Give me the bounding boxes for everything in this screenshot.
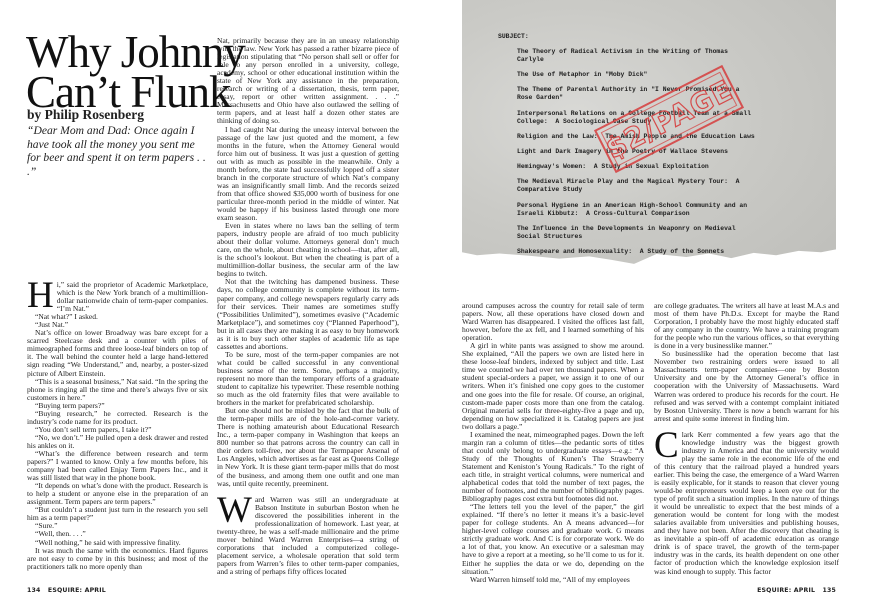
typed-subject-sheet-photo: SUBJECT: The Theory of Radical Activism … xyxy=(462,0,836,290)
page-number: 134 xyxy=(27,587,41,594)
magazine-issue: ESQUIRE: APRIL xyxy=(48,587,106,594)
drop-cap: C xyxy=(654,432,679,460)
paragraph: i,” said the proprietor of Academic Mark… xyxy=(27,281,208,313)
paragraph: are college graduates. The writers all h… xyxy=(654,302,839,350)
section-paragraph: W ard Warren was still an undergraduate … xyxy=(217,496,399,576)
typed-subject-list: SUBJECT: The Theory of Radical Activism … xyxy=(517,33,837,278)
paragraph: around campuses across the country for r… xyxy=(462,302,644,342)
left-page: Why Johnny Can’t Flunk by Philip Rosenbe… xyxy=(0,0,436,600)
paragraph: But one should not be misled by the fact… xyxy=(217,407,399,487)
paragraph: Ward Warren himself told me, “All of my … xyxy=(462,576,644,584)
page-number: 135 xyxy=(822,587,836,594)
left-page-column-2: Nat, primarily because they are in an un… xyxy=(217,37,399,576)
subject-item: Shakespeare and Homosexuality: A Study o… xyxy=(517,248,837,256)
paragraph: I examined the neat, mimeographed pages.… xyxy=(462,431,644,503)
drop-cap: W xyxy=(217,497,252,525)
pull-quote: “Dear Mom and Dad: Once again I have too… xyxy=(27,124,207,178)
left-page-column-1: H i,” said the proprietor of Academic Ma… xyxy=(27,281,208,571)
paragraph: “But couldn’t a student just turn in the… xyxy=(27,506,208,522)
right-page-column-2: are college graduates. The writers all h… xyxy=(654,302,839,576)
section-text: lark Kerr commented a few years ago that… xyxy=(654,430,839,576)
paragraph: It was much the same with the economics.… xyxy=(27,547,208,571)
paragraph: “The letters tell you the level of the p… xyxy=(462,503,644,575)
paragraph: Nat’s office on lower Broadway was bare … xyxy=(27,329,208,377)
paragraph: So businesslike had the operation become… xyxy=(654,350,839,422)
subject-item: Personal Hygiene in an American High-Sch… xyxy=(517,202,837,218)
paragraph: “No, we don’t.” He pulled open a desk dr… xyxy=(27,434,208,450)
subject-item: Light and Dark Imagery in the Poetry of … xyxy=(517,148,837,156)
paragraph: Nat, primarily because they are in an un… xyxy=(217,37,399,126)
subject-item: The Influence in the Developments in Wea… xyxy=(517,225,837,241)
page-folio-right: ESQUIRE: APRIL 135 xyxy=(757,587,836,594)
magazine-issue: ESQUIRE: APRIL xyxy=(757,587,815,594)
paragraph: Not that the twitching has dampened busi… xyxy=(217,278,399,350)
paragraph: Even in states where no laws ban the sel… xyxy=(217,222,399,278)
paragraph: A girl in white pants was assigned to sh… xyxy=(462,342,644,431)
paragraph: “This is a seasonal business,” Nat said.… xyxy=(27,378,208,402)
right-page-column-1: around campuses across the country for r… xyxy=(462,302,644,584)
right-page: SUBJECT: The Theory of Radical Activism … xyxy=(436,0,872,600)
section-paragraph: C lark Kerr commented a few years ago th… xyxy=(654,431,839,576)
page-folio-left: 134 ESQUIRE: APRIL xyxy=(27,587,106,594)
subject-item: The Theory of Radical Activism in the Wr… xyxy=(517,48,837,64)
subject-heading: SUBJECT: xyxy=(498,33,837,41)
article-title: Why Johnny Can’t Flunk xyxy=(26,32,245,112)
paragraph: “It depends on what’s done with the prod… xyxy=(27,482,208,506)
drop-cap: H xyxy=(27,282,54,310)
subject-item: Hemingway's Women: A Study in Sexual Exp… xyxy=(517,163,837,171)
subject-item: Form and Structure in "The Autobiography… xyxy=(517,263,837,271)
paragraph: I had caught Nat during the uneasy inter… xyxy=(217,126,399,223)
byline: by Philip Rosenberg xyxy=(27,107,144,123)
paragraph: “What’s the difference between research … xyxy=(27,450,208,482)
subject-item: The Use of Metaphor in "Moby Dick" xyxy=(517,71,837,79)
paragraph: To be sure, most of the term-paper compa… xyxy=(217,351,399,407)
subject-item: The Medieval Miracle Play and the Magica… xyxy=(517,178,837,194)
paragraph: “Buying research,” he corrected. Researc… xyxy=(27,410,208,426)
